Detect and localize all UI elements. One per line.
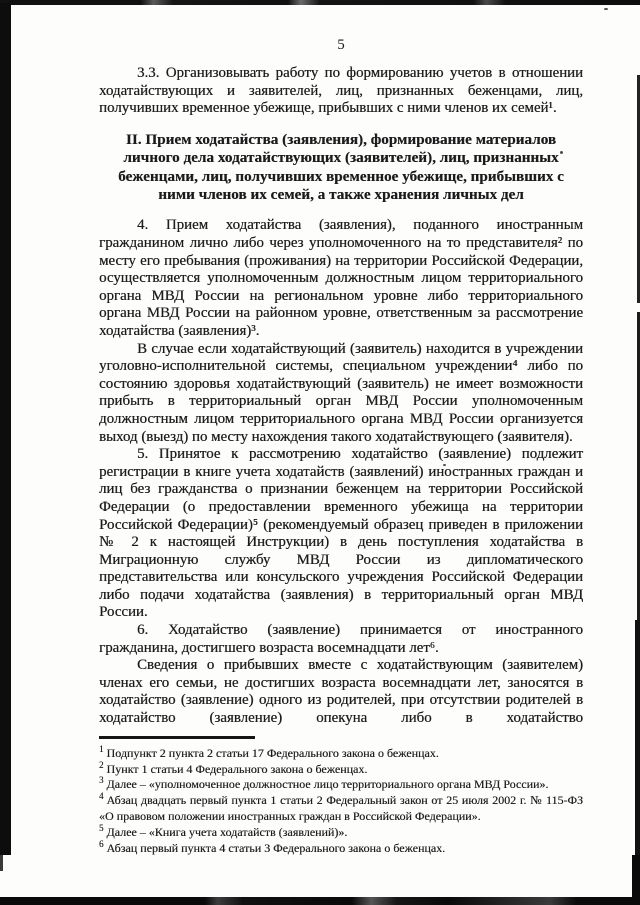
paragraph-6-continued: Сведения о прибывших вместе с ходатайств…: [99, 657, 583, 727]
footnote-text: Подпункт 2 пункта 2 статьи 17 Федерально…: [107, 746, 439, 760]
paragraph-3-3: 3.3. Организовывать работу по формирован…: [99, 65, 583, 118]
footnote-marker: 1: [99, 744, 104, 754]
scan-edge-left: [0, 3, 11, 855]
footnote-marker: 6: [99, 839, 104, 849]
footnote-text: Пункт 1 статьи 4 Федерального закона о б…: [107, 762, 368, 776]
footnote-marker: 2: [99, 760, 104, 770]
paragraph-6: 6. Ходатайство (заявление) принимается о…: [99, 622, 583, 657]
footnote-5: 5Далее – «Книга учета ходатайств (заявле…: [99, 825, 583, 841]
footnote-2: 2Пункт 1 статьи 4 Федерального закона о …: [99, 762, 583, 778]
paragraph-4: 4. Прием ходатайства (заявления), поданн…: [99, 217, 583, 340]
footnote-text: Далее – «уполномоченное должностное лицо…: [107, 777, 549, 791]
paragraph-4-note: В случае если ходатайствующий (заявитель…: [99, 341, 583, 447]
footnote-separator: [99, 736, 255, 739]
footnote-1: 1Подпункт 2 пункта 2 статьи 17 Федеральн…: [99, 746, 583, 762]
scan-edge-bottom: [0, 897, 640, 905]
footnote-4: 4Абзац двадцать первый пункта 1 статьи 2…: [99, 793, 583, 825]
footnote-text: Абзац первый пункта 4 статьи 3 Федеральн…: [107, 841, 446, 855]
footnote-text: Абзац двадцать первый пункта 1 статьи 2 …: [99, 793, 583, 823]
scan-edge-left-tail: [0, 855, 3, 871]
footnote-marker: 4: [99, 791, 104, 801]
paragraph-5: 5. Принятое к рассмотрению ходатайство (…: [99, 446, 583, 622]
text-block: 5 3.3. Организовывать работу по формиров…: [99, 36, 583, 857]
footnote-6: 6Абзац первый пункта 4 статьи 3 Федераль…: [99, 841, 583, 857]
document-page: 5 3.3. Организовывать работу по формиров…: [0, 0, 640, 905]
footnote-text: Далее – «Книга учета ходатайств (заявлен…: [107, 825, 348, 839]
footnote-marker: 5: [99, 823, 104, 833]
page-number: 5: [99, 36, 583, 54]
footnotes: 1Подпункт 2 пункта 2 статьи 17 Федеральн…: [99, 746, 583, 857]
footnote-marker: 3: [99, 775, 104, 785]
scan-speck: [604, 8, 608, 10]
scan-edge-right: [635, 620, 640, 858]
footnote-3: 3Далее – «уполномоченное должностное лиц…: [99, 777, 583, 793]
scan-edge-top: [0, 0, 640, 5]
section-ii-heading: II. Прием ходатайства (заявления), форми…: [105, 131, 577, 205]
